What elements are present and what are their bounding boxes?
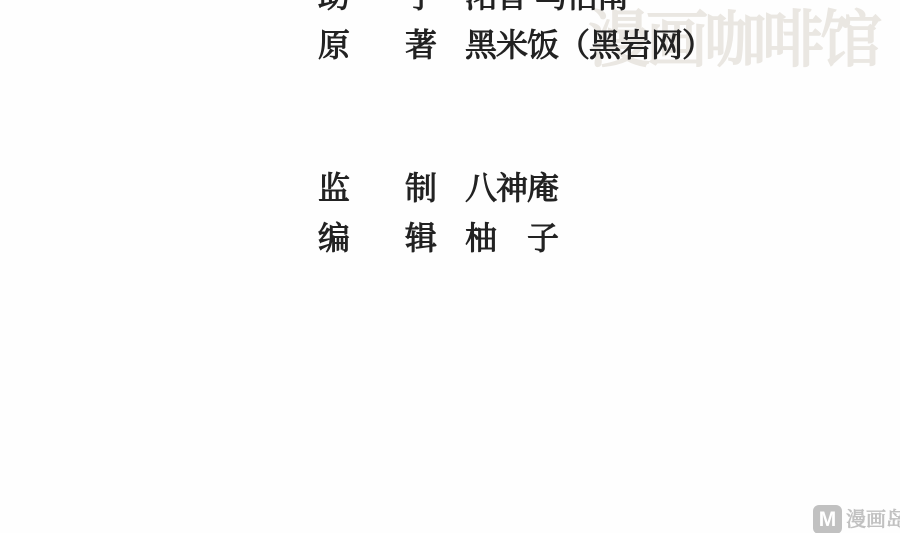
credit-row-editor: 编 辑 柚 子: [0, 221, 900, 257]
manhuadao-logo-text: 漫画岛: [846, 505, 900, 533]
credit-value: 八神庵: [465, 171, 558, 205]
credit-value: 柚 子: [465, 221, 558, 255]
comic-credits-page: 漫画咖啡馆 助 手 洺音 马怡南 原 著 黑米饭（黑岩网） 监 制 八神庵 编 …: [0, 0, 900, 533]
credit-row-producer: 监 制 八神庵: [0, 171, 900, 207]
manhuadao-logo-watermark: M 漫画岛: [813, 505, 900, 533]
credit-role-char: 著: [405, 28, 437, 62]
credit-role-char: 辑: [405, 221, 437, 255]
credit-role-char: 助: [318, 0, 350, 13]
credit-value: 黑米饭（黑岩网）: [465, 28, 713, 62]
credit-value: 洺音 马怡南: [465, 0, 628, 13]
credit-role-char: 制: [405, 171, 437, 205]
credit-row-original-author: 原 著 黑米饭（黑岩网）: [0, 28, 900, 64]
credit-role-char: 手: [405, 0, 437, 13]
manhuadao-m-icon: M: [813, 505, 842, 533]
credit-role-char: 原: [318, 28, 350, 62]
credit-row-assistant: 助 手 洺音 马怡南: [0, 0, 900, 15]
credit-role-char: 编: [318, 221, 350, 255]
credit-role-char: 监: [318, 171, 350, 205]
